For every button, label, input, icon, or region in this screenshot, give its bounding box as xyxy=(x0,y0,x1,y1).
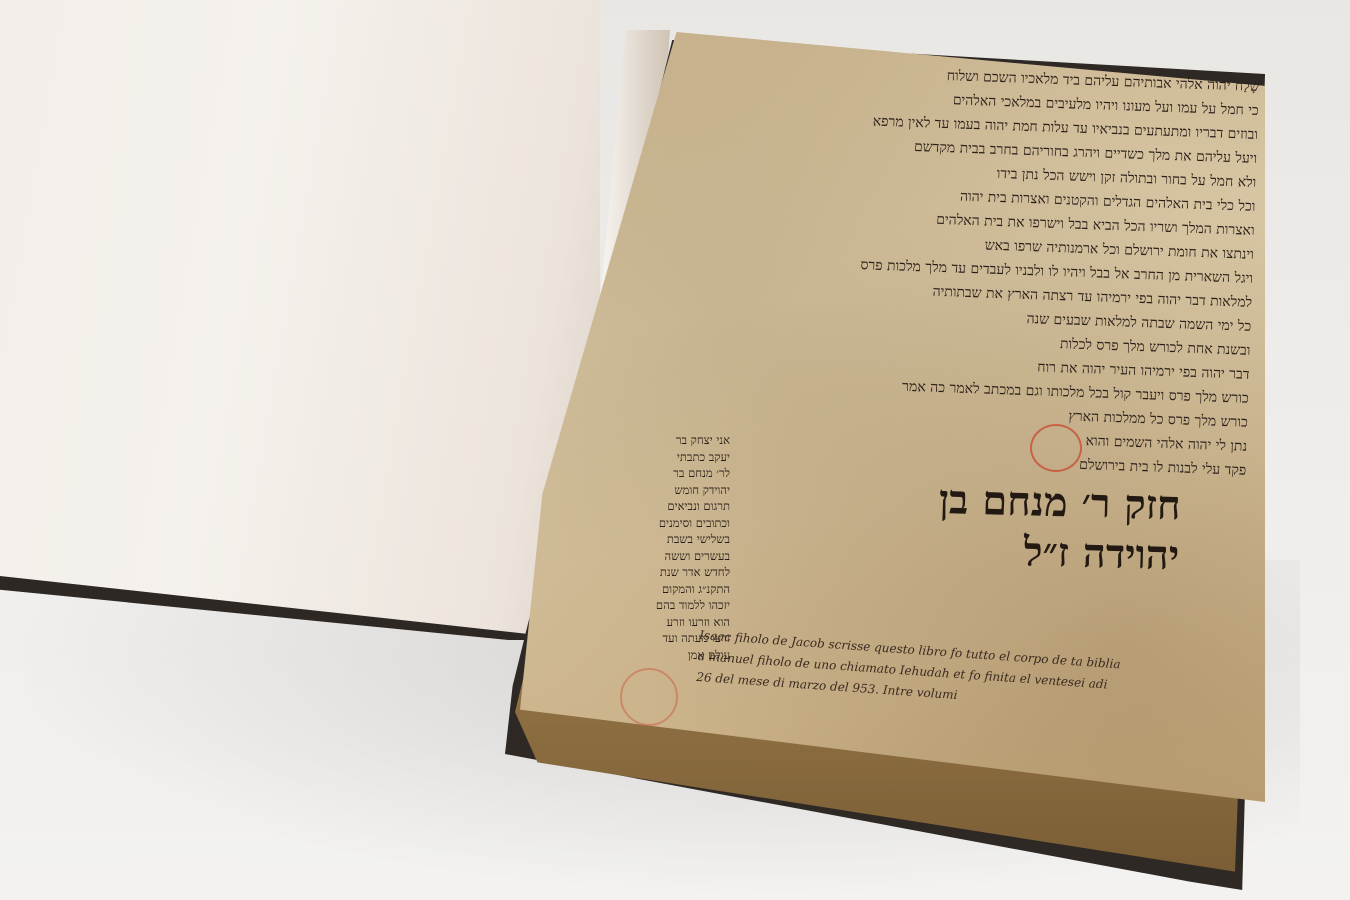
large-colophon: חזק ר׳ מנחם בן יהוידה ז״ל xyxy=(699,469,1181,582)
text-line: אני יצחק בר xyxy=(600,432,730,449)
text-line: יעקב כתבתי xyxy=(600,449,730,466)
faded-library-stamp-icon xyxy=(620,668,678,726)
left-blank-page xyxy=(0,0,600,640)
hebrew-main-text: שָׁלַח יהוה אלהי אבותיהם עליהם ביד מלאכי… xyxy=(686,55,1260,494)
photo-scene: שָׁלַח יהוה אלהי אבותיהם עליהם ביד מלאכי… xyxy=(0,0,1350,900)
text-line: התקנ״ג והמקום xyxy=(600,581,730,598)
library-stamp-icon xyxy=(1030,424,1082,472)
text-line: יזכהו ללמוד בהם xyxy=(600,597,730,614)
